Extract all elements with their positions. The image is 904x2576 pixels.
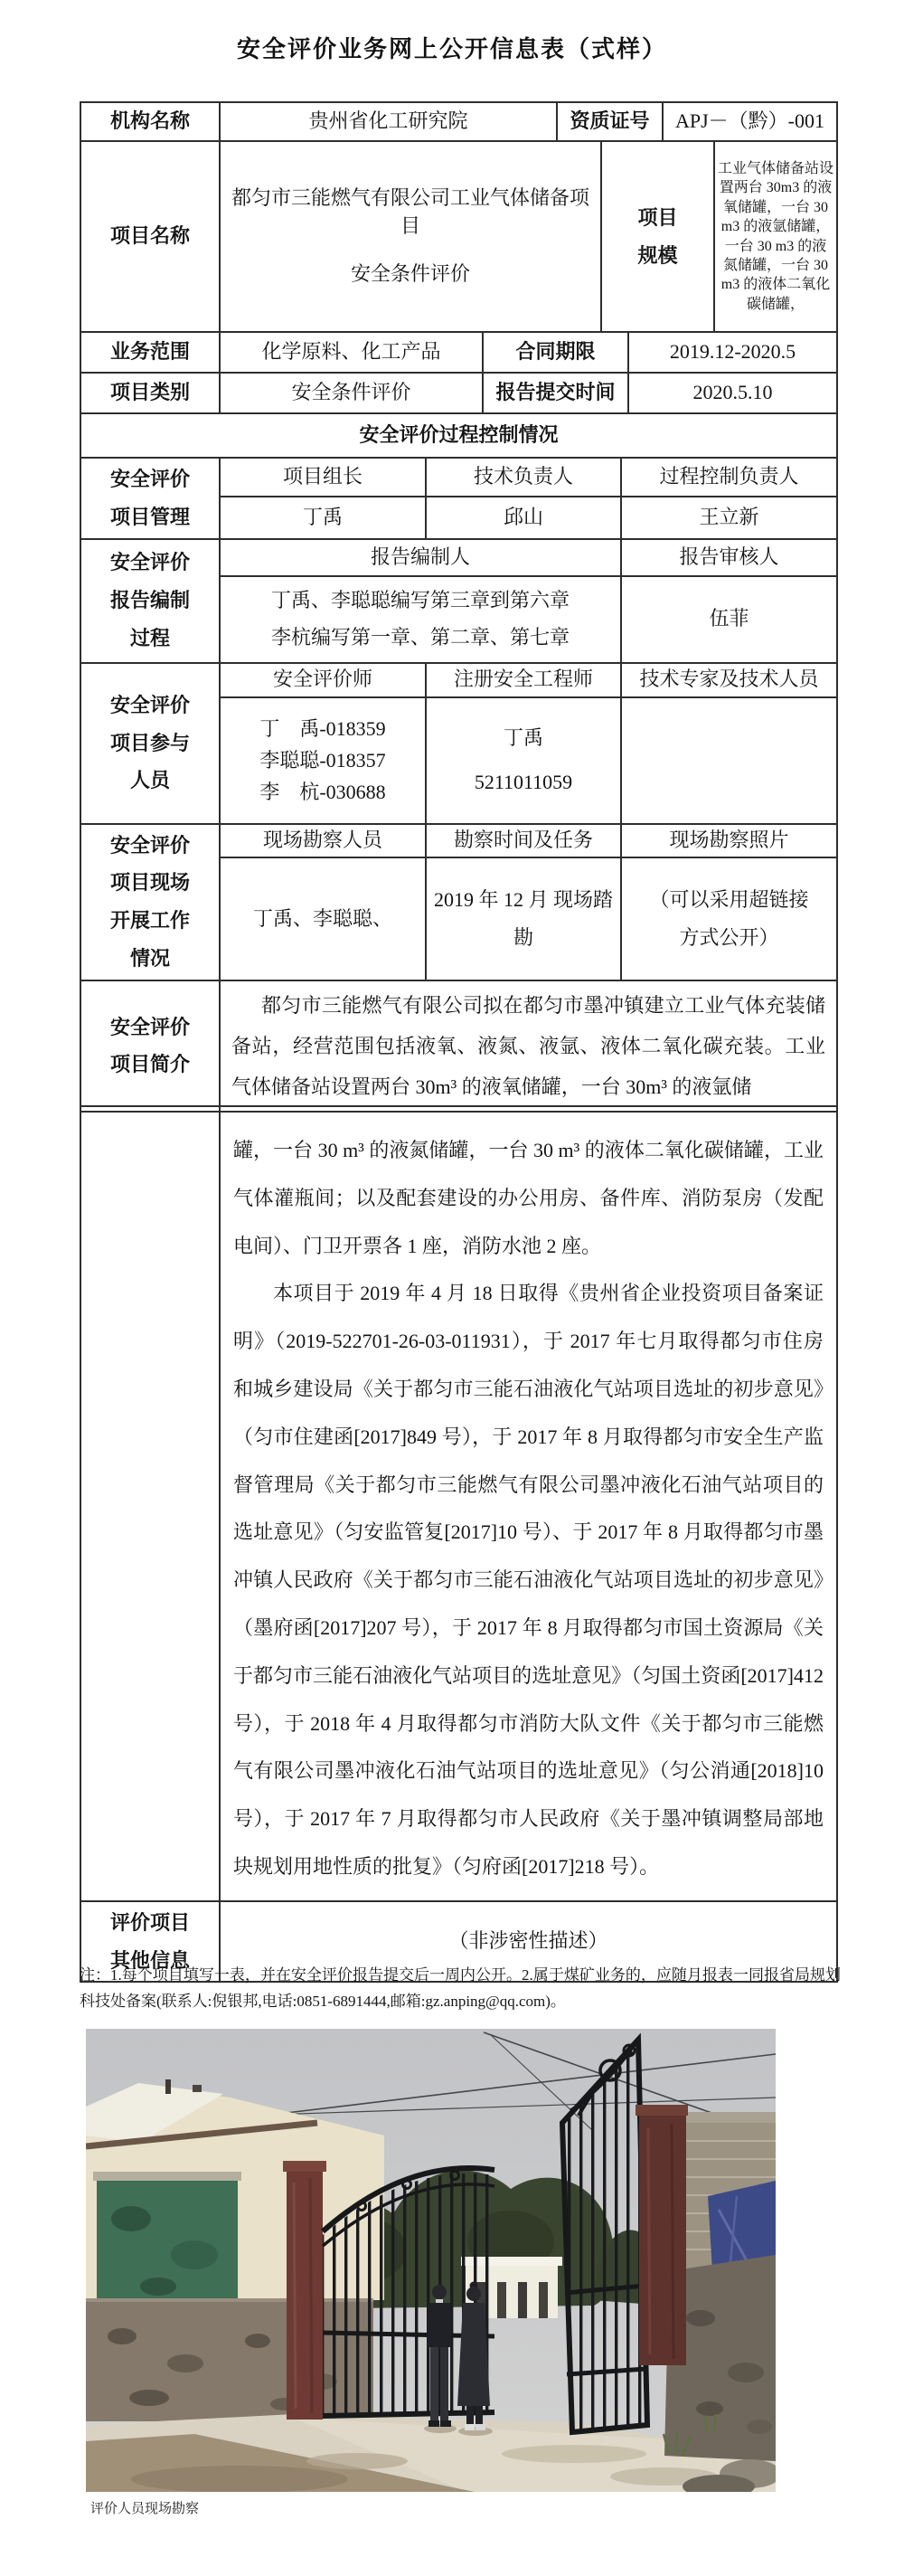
project-name-line1: 都匀市三能燃气有限公司工业气体储备项目 [226,185,595,241]
cert-no-cell: APJ－（黔）-001 [663,102,837,141]
report-reviewer-header-cell: 报告审核人 [621,539,837,576]
scope-type-table: 业务范围 化学原料、化工产品 合同期限 2019.12-2020.5 项目类别 … [80,331,838,414]
submit-label-cell: 报告提交时间 [483,373,628,413]
scope-value-cell: 化学原料、化工产品 [220,332,483,373]
team-expert-header-cell: 技术专家及技术人员 [621,663,837,697]
mgmt-leader-name-cell: 丁禹 [220,497,426,539]
report-reviewer-cell: 伍菲 [621,576,837,663]
intro-text-cell: 都匀市三能燃气有限公司拟在都匀市墨冲镇建立工业气体充装储备站，经营范围包括液氧、… [220,980,837,1112]
table-row: 安全评价 报告编制 过程 报告编制人 报告审核人 [80,539,837,576]
section-title-table: 安全评价过程控制情况 [80,412,838,459]
main-table-page1: 机构名称 贵州省化工研究院 资质证号 APJ－（黔）-001 项目名称 都匀市三… [80,101,836,1113]
project-scale-label-cell: 项目 规模 [601,141,714,332]
photo-right-gate-pillar [636,2105,688,2365]
team-engineer-header-cell: 注册安全工程师 [426,663,621,697]
project-name-cell: 都匀市三能燃气有限公司工业气体储备项目 安全条件评价 [220,141,601,332]
org-row-table: 机构名称 贵州省化工研究院 资质证号 APJ－（黔）-001 [80,101,838,142]
continuation-table: 罐，一台 30 m³ 的液氮储罐，一台 30 m³ 的液体二氧化碳储罐，工业气体… [80,1105,838,1983]
type-label-cell: 项目类别 [80,373,220,413]
mgmt-header-tech-cell: 技术负责人 [426,458,621,497]
org-name-cell: 贵州省化工研究院 [220,102,557,141]
intro-label-cell: 安全评价 项目简介 [80,980,220,1112]
table-row: 项目名称 都匀市三能燃气有限公司工业气体储备项目 安全条件评价 项目 规模 工业… [80,141,837,332]
mgmt-label-cell: 安全评价 项目管理 [80,458,220,539]
page-title: 安全评价业务网上公开信息表（式样） [0,31,904,64]
site-time-cell: 2019 年 12 月 现场踏勘 [426,857,621,980]
continuation-empty-label-cell [80,1106,220,1901]
process-control-table: 安全评价 项目管理 项目组长 技术负责人 过程控制负责人 丁禹 邱山 王立新 安… [80,457,838,1113]
mgmt-control-name-cell: 王立新 [621,497,837,539]
project-name-label-cell: 项目名称 [80,141,220,332]
photo-left-gate-pillar [283,2161,326,2420]
main-table-page2: 罐，一台 30 m³ 的液氮储罐，一台 30 m³ 的液体二氧化碳储罐，工业气体… [80,1105,836,1983]
team-evaluators-cell: 丁 禹-018359 李聪聪-018357 李 杭-030688 [220,697,426,824]
footnote: 注：1.每个项目填写一表，并在安全评价报告提交后一周内公开。2.属于煤矿业务的，… [80,1963,841,2015]
photo-green-mesh-wall [93,2172,241,2309]
process-section-title-cell: 安全评价过程控制情况 [80,413,837,458]
site-photos-cell: （可以采用超链接 方式公开） [621,857,837,980]
org-label-cell: 机构名称 [80,102,220,141]
site-surveyors-header-cell: 现场勘察人员 [220,824,426,857]
report-writers-header-cell: 报告编制人 [220,539,621,576]
site-time-header-cell: 勘察时间及任务 [426,824,621,857]
team-engineer-cell: 丁禹 5211011059 [426,697,621,824]
document-page: 安全评价业务网上公开信息表（式样） 机构名称 贵州省化工研究院 资质证号 APJ… [0,0,904,2576]
continuation-paragraph-1: 罐，一台 30 m³ 的液氮储罐，一台 30 m³ 的液体二氧化碳储罐，工业气体… [233,1127,824,1270]
mgmt-header-control-cell: 过程控制负责人 [621,458,837,497]
team-label-cell: 安全评价 项目参与 人员 [80,663,220,824]
table-row: 安全评价 项目参与 人员 安全评价师 注册安全工程师 技术专家及技术人员 [80,663,837,697]
site-survey-photo [86,2029,776,2492]
intro-paragraph: 都匀市三能燃气有限公司拟在都匀市墨冲镇建立工业气体充装储备站，经营范围包括液氧、… [231,985,825,1107]
continuation-paragraph-2: 本项目于 2019 年 4 月 18 日取得《贵州省企业投资项目备案证明》（20… [233,1270,824,1890]
mgmt-header-leader-cell: 项目组长 [220,458,426,497]
report-label-cell: 安全评价 报告编制 过程 [80,539,220,663]
site-label-cell: 安全评价 项目现场 开展工作 情况 [80,824,220,980]
submit-value-cell: 2020.5.10 [628,373,837,413]
table-row: 安全评价 项目管理 项目组长 技术负责人 过程控制负责人 [80,458,837,497]
team-evaluator-header-cell: 安全评价师 [220,663,426,697]
table-row: 安全评价过程控制情况 [80,413,837,458]
cert-label-cell: 资质证号 [557,102,663,141]
site-surveyors-cell: 丁禹、李聪聪、 [220,857,426,980]
project-row-table: 项目名称 都匀市三能燃气有限公司工业气体储备项目 安全条件评价 项目 规模 工业… [80,140,838,333]
team-expert-cell [621,697,837,824]
continuation-text-cell: 罐，一台 30 m³ 的液氮储罐，一台 30 m³ 的液体二氧化碳储罐，工业气体… [220,1106,837,1901]
report-writers-cell: 丁禹、李聪聪编写第三章到第六章 李杭编写第一章、第二章、第七章 [220,576,621,663]
table-row: 项目类别 安全条件评价 报告提交时间 2020.5.10 [80,373,837,413]
table-row: 机构名称 贵州省化工研究院 资质证号 APJ－（黔）-001 [80,102,837,141]
photo-caption: 评价人员现场勘察 [90,2498,199,2517]
table-row: 业务范围 化学原料、化工产品 合同期限 2019.12-2020.5 [80,332,837,373]
mgmt-tech-name-cell: 邱山 [426,497,621,539]
scope-label-cell: 业务范围 [80,332,220,373]
table-row: 罐，一台 30 m³ 的液氮储罐，一台 30 m³ 的液体二氧化碳储罐，工业气体… [80,1106,837,1901]
project-name-line2: 安全条件评价 [226,260,595,289]
table-row: 安全评价 项目现场 开展工作 情况 现场勘察人员 勘察时间及任务 现场勘察照片 [80,824,837,857]
table-row: 安全评价 项目简介 都匀市三能燃气有限公司拟在都匀市墨冲镇建立工业气体充装储备站… [80,980,837,1112]
team-evaluators-list: 丁 禹-018359 李聪聪-018357 李 杭-030688 [259,713,385,809]
contract-label-cell: 合同期限 [483,332,628,373]
project-scale-value-cell: 工业气体储备站设置两台 30m3 的液氧储罐，一台 30m3 的液氩储罐，一台 … [714,141,837,332]
contract-value-cell: 2019.12-2020.5 [628,332,837,373]
site-photo-illustration [86,2029,776,2492]
site-photos-header-cell: 现场勘察照片 [621,824,837,857]
type-value-cell: 安全条件评价 [220,373,483,413]
